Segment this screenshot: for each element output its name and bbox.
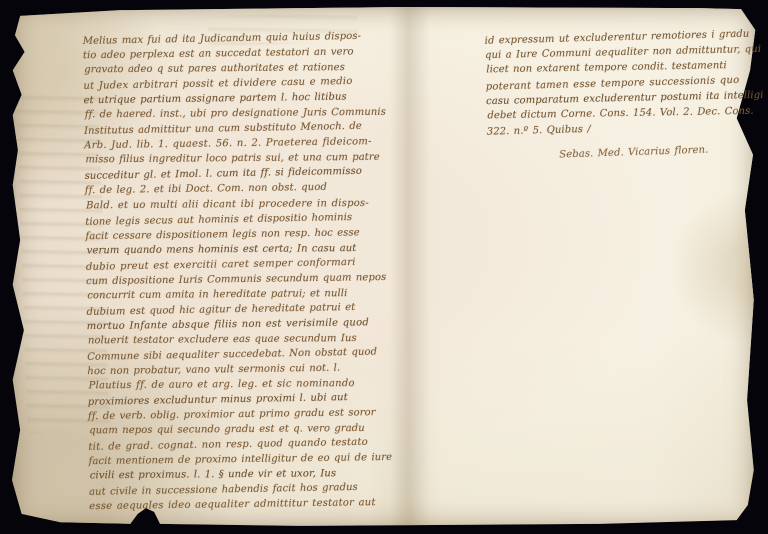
left-page-text: Melius max fui ad ita Judicandum quia hu…: [83, 29, 402, 515]
right-page-text: id expressum ut excluderentur remotiores…: [485, 27, 760, 164]
photo-backdrop: Melius max fui ad ita Judicandum quia hu…: [0, 0, 768, 534]
